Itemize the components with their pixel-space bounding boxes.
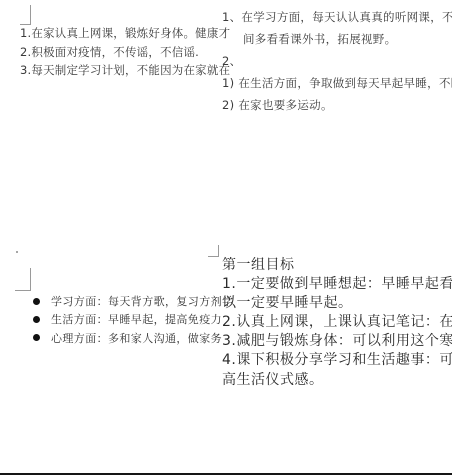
numbered-list-top-left: 1.在家认真上网课，锻炼好身体。健康才 2.积极面对疫情，不传谣，不信谣. 3.… [20, 24, 230, 80]
goals-line: 2.认真上网课，上课认真记笔记：在 [222, 313, 452, 332]
goals-line: 1.一定要做到早睡想起：早睡早起看 [222, 275, 452, 294]
page-bottom-edge [0, 473, 452, 475]
bullet-list-item: 生活方面：早睡早起，提高免疫力 [33, 310, 233, 328]
list-line: 2) 在家也要多运动。 [222, 94, 452, 116]
goals-line-wrapped: 以一定要早睡早起。 [222, 294, 452, 313]
text-boundary-corner-icon [20, 5, 31, 25]
bullet-icon [33, 298, 40, 305]
list-line: 1.在家认真上网课，锻炼好身体。健康才 [20, 24, 230, 43]
text-boundary-corner-icon [208, 245, 219, 257]
bullet-list-item: 心理方面：多和家人沟通，做家务 [33, 329, 233, 347]
list-line: 1、在学习方面，每天认认真真的听网课，不偷懒 [222, 6, 452, 28]
text-boundary-corner-icon [15, 268, 31, 291]
bullet-item-text: 学习方面：每天背方歌，复习方剂学 [51, 293, 233, 309]
bullet-item-text: 生活方面：早睡早起，提高免疫力 [51, 311, 222, 327]
bullet-item-text: 心理方面：多和家人沟通，做家务 [51, 330, 222, 346]
numbered-list-top-right: 1、在学习方面，每天认认真真的听网课，不偷懒 间多看看课外书，拓展视野。 2、 … [222, 6, 452, 116]
list-line-wrapped: 间多看看课外书，拓展视野。 [222, 28, 452, 50]
goals-section: 第一组目标 1.一定要做到早睡想起：早睡早起看 以一定要早睡早起。 2.认真上网… [222, 256, 452, 390]
list-line: 1) 在生活方面，争取做到每天早起早睡，不睡懒 [222, 72, 452, 94]
list-line: 3.每天制定学习计划，不能因为在家就在 [20, 61, 230, 80]
document-page: 1.在家认真上网课，锻炼好身体。健康才 2.积极面对疫情，不传谣，不信谣. 3.… [0, 0, 452, 476]
bullet-list-item: 学习方面：每天背方歌，复习方剂学 [33, 292, 233, 310]
stray-dot [16, 251, 18, 253]
bullet-list: 学习方面：每天背方歌，复习方剂学 生活方面：早睡早起，提高免疫力 心理方面：多和… [33, 292, 233, 347]
bullet-icon [33, 334, 40, 341]
goals-title: 第一组目标 [222, 256, 452, 275]
goals-line: 3.减肥与锻炼身体：可以利用这个寒 [222, 332, 452, 351]
list-line: 2、 [222, 50, 452, 72]
bullet-icon [33, 316, 40, 323]
list-line: 2.积极面对疫情，不传谣，不信谣. [20, 43, 230, 62]
goals-line: 4.课下积极分享学习和生活趣事：可 [222, 351, 452, 370]
goals-line-wrapped: 高生活仪式感。 [222, 371, 452, 390]
